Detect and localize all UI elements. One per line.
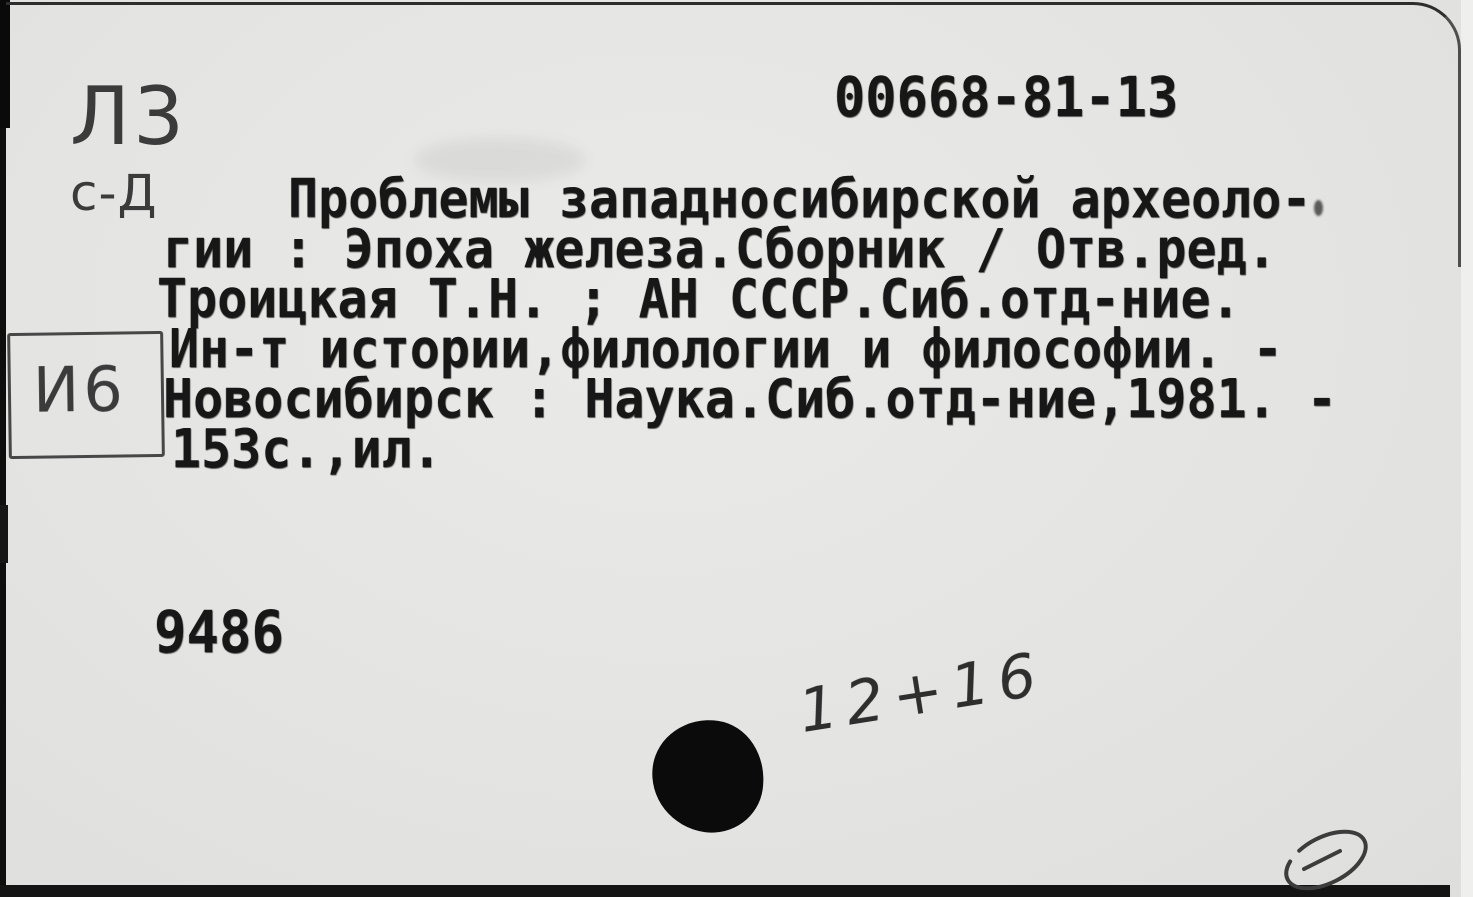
scan-right-margin <box>1461 0 1473 897</box>
call-number: 00668-81-13 <box>834 70 1178 126</box>
scan-left-edge-nub-mid <box>0 505 8 563</box>
scanned-catalog-card: Л3 с-Д 00668-81-13 Проблемы западносибир… <box>0 0 1473 897</box>
handwritten-box: И6 <box>7 331 165 459</box>
handwritten-classmark-top: Л3 <box>70 70 187 163</box>
handwritten-price-note: 12+16 <box>794 639 1050 747</box>
handwritten-classmark-sub: с-Д <box>70 164 158 222</box>
paper-speck <box>1314 200 1323 216</box>
scan-left-edge-nub-top <box>0 0 10 128</box>
handwritten-oval-mark <box>1274 820 1380 897</box>
ink-blob <box>645 713 771 839</box>
accession-number: 9486 <box>154 604 284 662</box>
handwritten-box-label: И6 <box>32 352 127 426</box>
bibliography-line-6: 153с.,ил. <box>171 420 442 478</box>
scan-left-edge-strip <box>0 0 6 897</box>
scan-bottom-edge-band <box>0 885 1450 897</box>
